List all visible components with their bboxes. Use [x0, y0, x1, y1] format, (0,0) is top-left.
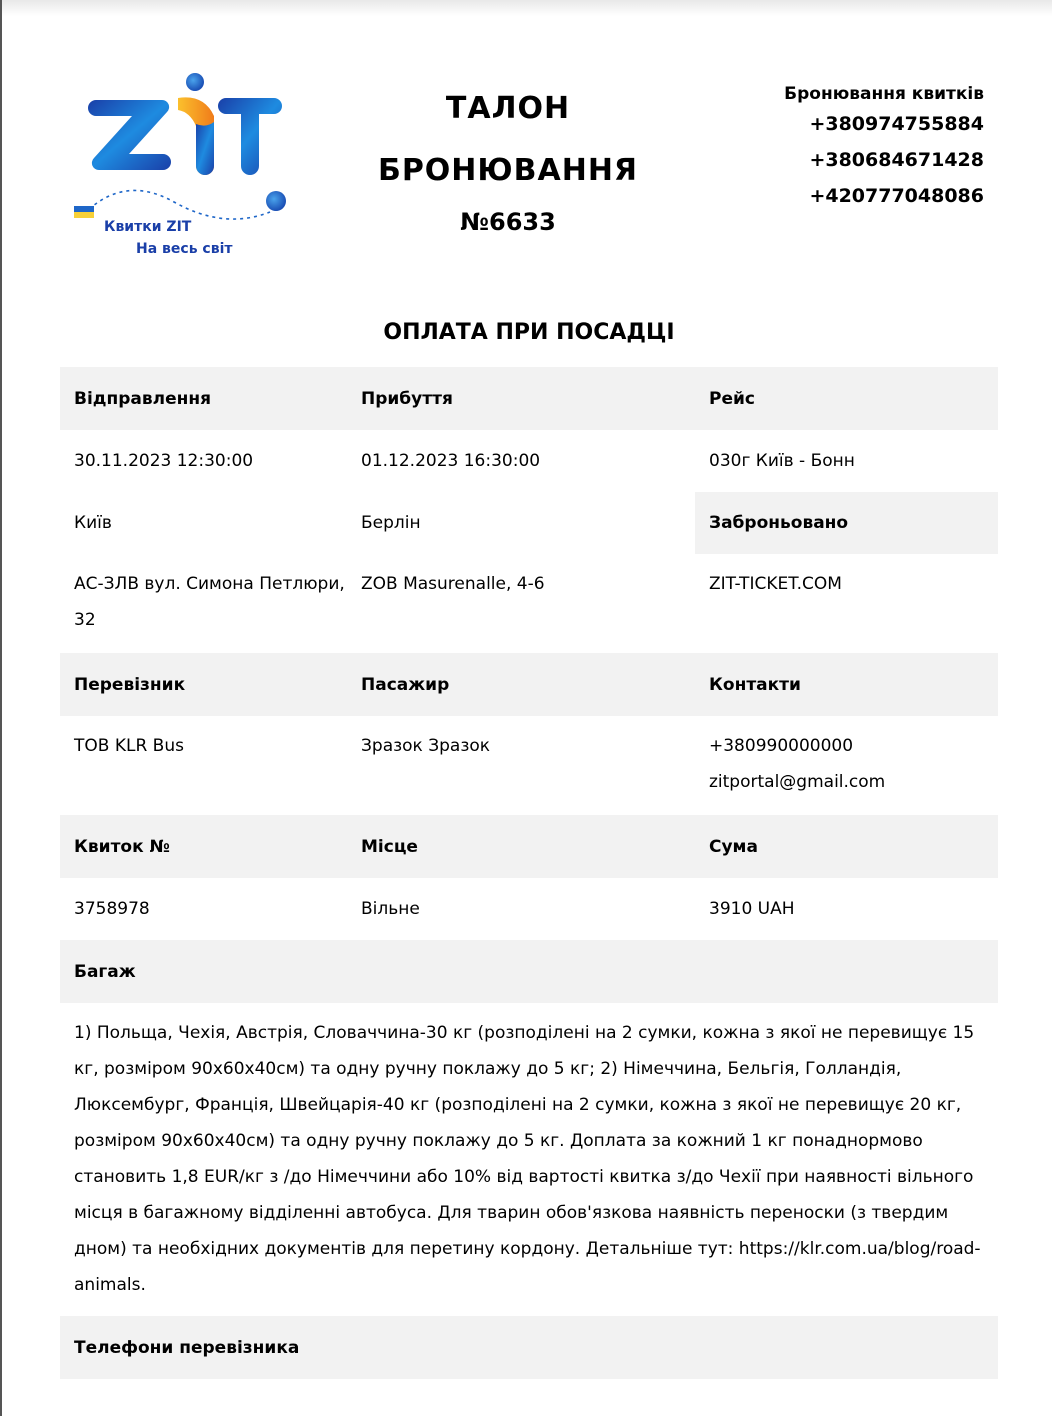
document-title: ТАЛОН БРОНЮВАННЯ №6633 — [360, 86, 656, 236]
table-row: 1) Польща, Чехія, Австрія, Словаччина-30… — [60, 1003, 998, 1316]
table-header-row: Відправлення Прибуття Рейс — [60, 367, 998, 430]
header-seat: Місце — [347, 815, 695, 878]
arrival-address: ZOB Masurenalle, 4-6 — [347, 554, 695, 653]
seat-value: Вільне — [347, 878, 695, 940]
departure-address: АС-ЗЛВ вул. Симона Петлюри, 32 — [60, 554, 347, 653]
table-row: 30.11.2023 12:30:00 01.12.2023 16:30:00 … — [60, 430, 998, 492]
booking-phone[interactable]: +420777048086 — [784, 178, 984, 214]
booking-details-table: Відправлення Прибуття Рейс 30.11.2023 12… — [60, 367, 998, 1379]
contact-email[interactable]: zitportal@gmail.com — [709, 764, 998, 800]
departure-city: Київ — [60, 492, 347, 554]
booking-number: №6633 — [360, 208, 656, 236]
zit-logo-icon: Квитки ZIT На весь світ — [72, 68, 292, 263]
header-contacts: Контакти — [695, 653, 998, 716]
contacts-value: +380990000000 zitportal@gmail.com — [695, 716, 998, 815]
table-row: Київ Берлін Заброньовано — [60, 492, 998, 554]
arrival-city: Берлін — [347, 492, 695, 554]
arrival-datetime: 01.12.2023 16:30:00 — [347, 430, 695, 492]
header-ticket-number: Квиток № — [60, 815, 347, 878]
svg-text:Квитки ZIT: Квитки ZIT — [104, 219, 192, 235]
zit-logo: Квитки ZIT На весь світ — [72, 68, 292, 263]
header-sum: Сума — [695, 815, 998, 878]
table-row: АС-ЗЛВ вул. Симона Петлюри, 32 ZOB Masur… — [60, 554, 998, 653]
table-header-row: Квиток № Місце Сума — [60, 815, 998, 878]
table-header-row: Телефони перевізника — [60, 1316, 998, 1379]
carrier-value: ТОВ KLR Bus — [60, 716, 347, 815]
header-booked: Заброньовано — [695, 492, 998, 554]
table-header-row: Перевізник Пасажир Контакти — [60, 653, 998, 716]
booking-phone[interactable]: +380974755884 — [784, 106, 984, 142]
booked-by-value: ZIT-TICKET.COM — [695, 554, 998, 653]
booking-phone[interactable]: +380684671428 — [784, 142, 984, 178]
baggage-rules-text: 1) Польща, Чехія, Австрія, Словаччина-30… — [60, 1003, 998, 1316]
header-carrier: Перевізник — [60, 653, 347, 716]
header-carrier-phones: Телефони перевізника — [60, 1316, 998, 1379]
page-left-edge — [0, 0, 2, 1416]
contact-phone[interactable]: +380990000000 — [709, 728, 998, 764]
departure-datetime: 30.11.2023 12:30:00 — [60, 430, 347, 492]
booking-contacts: Бронювання квитків +380974755884 +380684… — [784, 82, 984, 214]
sum-value: 3910 UAH — [695, 878, 998, 940]
header-arrival: Прибуття — [347, 367, 695, 430]
header-passenger: Пасажир — [347, 653, 695, 716]
table-row: ТОВ KLR Bus Зразок Зразок +380990000000 … — [60, 716, 998, 815]
route-value: 030г Київ - Бонн — [695, 430, 998, 492]
table-header-row: Багаж — [60, 940, 998, 1003]
booking-contacts-heading: Бронювання квитків — [784, 82, 984, 106]
header-route: Рейс — [695, 367, 998, 430]
title-line-2: БРОНЮВАННЯ — [360, 156, 656, 186]
table-row: 3758978 Вільне 3910 UAH — [60, 878, 998, 940]
payment-note: ОПЛАТА ПРИ ПОСАДЦІ — [60, 320, 998, 345]
svg-text:На весь світ: На весь світ — [136, 241, 233, 257]
header-baggage: Багаж — [60, 940, 998, 1003]
title-line-1: ТАЛОН — [360, 94, 656, 124]
ticket-number-value: 3758978 — [60, 878, 347, 940]
passenger-value: Зразок Зразок — [347, 716, 695, 815]
header-departure: Відправлення — [60, 367, 347, 430]
page-top-shadow — [0, 0, 1052, 16]
